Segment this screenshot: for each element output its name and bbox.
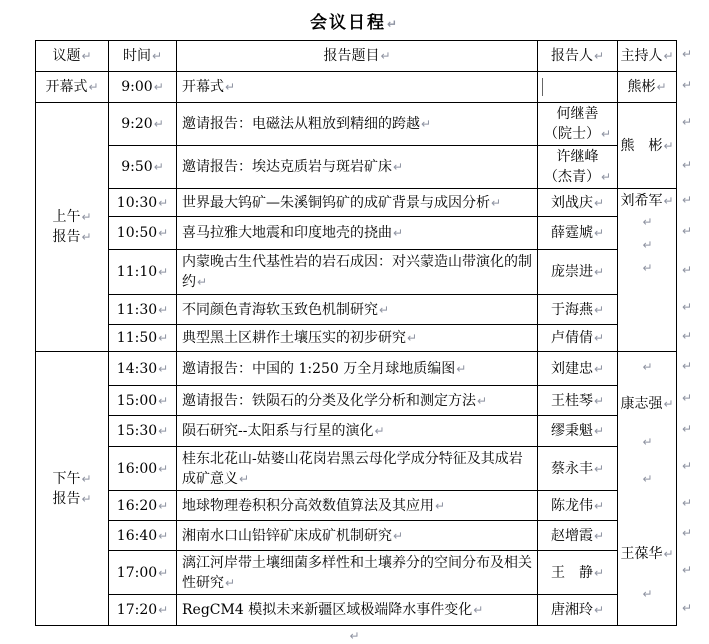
paragraph-mark: ↵ [642, 587, 652, 601]
paragraph-mark: ↵ [642, 360, 652, 374]
paragraph-mark: ↵ [158, 566, 168, 580]
row-end-mark: ↵ [682, 496, 692, 510]
row-end-mark: ↵ [682, 115, 692, 129]
cell-presenter-empty[interactable] [538, 72, 618, 103]
paragraph-mark: ↵ [158, 499, 168, 513]
table-row: 11:50↵ 典型黑土区耕作土壤压实的初步研究↵ 卢倩倩↵ [36, 325, 677, 352]
paragraph-mark: ↵ [456, 362, 466, 376]
row-end-mark: ↵ [682, 391, 692, 405]
row-end-mark: ↵ [682, 158, 692, 172]
cell-presenter[interactable]: 许继峰 （杰青）↵ [538, 146, 618, 189]
cell-title[interactable]: 陨石研究--太阳系与行星的演化↵ [177, 416, 538, 447]
cell-presenter[interactable]: 薛霆虓↵ [538, 217, 618, 250]
paragraph-mark: ↵ [594, 226, 604, 240]
paragraph-mark: ↵ [407, 331, 417, 345]
cell-presenter[interactable]: 蔡永丰↵ [538, 447, 618, 491]
paragraph-mark: ↵ [642, 261, 652, 275]
cell-title[interactable]: 地球物理卷积积分高效数值算法及其应用↵ [177, 491, 538, 521]
cell-topic-afternoon[interactable]: 下午↵ 报告↵ [36, 352, 109, 626]
paragraph-mark: ↵ [642, 238, 652, 252]
table-row: 16:40↵ 湘南水口山铅锌矿床成矿机制研究↵ 赵增霞↵ [36, 521, 677, 551]
row-end-mark: ↵ [682, 422, 692, 436]
cell-time[interactable]: 17:00↵ [109, 551, 177, 595]
paragraph-mark: ↵ [473, 603, 483, 617]
cell-time[interactable]: 11:30↵ [109, 295, 177, 325]
cell-presenter[interactable]: 赵增霞↵ [538, 521, 618, 551]
paragraph-mark: ↵ [374, 424, 384, 438]
paragraph-mark: ↵ [393, 226, 403, 240]
paragraph-mark: ↵ [656, 80, 666, 94]
cell-time[interactable]: 15:00↵ [109, 386, 177, 416]
paragraph-mark: ↵ [154, 160, 164, 174]
col-header-presenter[interactable]: 报告人↵ [538, 41, 618, 72]
table-row: 上午↵ 报告↵ 9:20↵ 邀请报告：电磁法从粗放到精细的跨越↵ 何继善 （院士… [36, 103, 677, 146]
row-end-mark: ↵ [682, 300, 692, 314]
paragraph-mark: ↵ [158, 394, 168, 408]
cell-title[interactable]: 开幕式↵ [177, 72, 538, 103]
paragraph-mark: ↵ [158, 196, 168, 210]
row-end-mark: ↵ [682, 526, 692, 540]
paragraph-mark: ↵ [158, 265, 168, 279]
empty-paragraph: ↵ [618, 357, 676, 377]
row-end-mark: ↵ [682, 601, 692, 615]
cell-title[interactable]: 邀请报告：埃达克质岩与斑岩矿床↵ [177, 146, 538, 189]
empty-paragraph: ↵ [618, 432, 676, 452]
cell-time[interactable]: 16:40↵ [109, 521, 177, 551]
cell-time[interactable]: 9:50↵ [109, 146, 177, 189]
cell-presenter[interactable]: 于海燕↵ [538, 295, 618, 325]
schedule-table: 议题↵ 时间↵ 报告题目↵ 报告人↵ 主持人↵ 开幕式↵ 9:00↵ 开幕式↵ … [35, 40, 677, 626]
table-row: 16:20↵ 地球物理卷积积分高效数值算法及其应用↵ 陈龙伟↵ [36, 491, 677, 521]
cell-presenter[interactable]: 刘建忠↵ [538, 352, 618, 386]
table-row: 17:20↵ RegCM4 模拟未来新疆区域极端降水事件变化↵ 唐湘玲↵ [36, 595, 677, 626]
paragraph-mark: ↵ [594, 362, 604, 376]
paragraph-mark: ↵ [81, 492, 91, 506]
cell-time[interactable]: 16:20↵ [109, 491, 177, 521]
row-end-mark: ↵ [682, 359, 692, 373]
paragraph-mark: ↵ [601, 127, 611, 141]
cell-title[interactable]: 邀请报告：铁陨石的分类及化学分析和测定方法↵ [177, 386, 538, 416]
cell-title[interactable]: 桂东北花山-姑婆山花岗岩黑云母化学成分特征及其成岩成矿意义↵ [177, 447, 538, 491]
cell-title[interactable]: 不同颜色青海软玉致色机制研究↵ [177, 295, 538, 325]
paragraph-mark: ↵ [158, 331, 168, 345]
paragraph-mark: ↵ [349, 629, 359, 643]
cell-topic-morning[interactable]: 上午↵ 报告↵ [36, 103, 109, 352]
paragraph-mark: ↵ [158, 424, 168, 438]
paragraph-mark: ↵ [239, 472, 249, 486]
cell-time[interactable]: 17:20↵ [109, 595, 177, 626]
paragraph-mark: ↵ [594, 499, 604, 513]
row-end-mark: ↵ [682, 224, 692, 238]
col-header-host[interactable]: 主持人↵ [618, 41, 677, 72]
paragraph-mark: ↵ [594, 303, 604, 317]
paragraph-mark: ↵ [421, 117, 431, 131]
cell-time[interactable]: 15:30↵ [109, 416, 177, 447]
paragraph-mark: ↵ [594, 265, 604, 279]
table-row: 15:30↵ 陨石研究--太阳系与行星的演化↵ 缪秉魁↵ [36, 416, 677, 447]
cell-time[interactable]: 9:00↵ [109, 72, 177, 103]
paragraph-mark: ↵ [594, 424, 604, 438]
paragraph-mark: ↵ [158, 603, 168, 617]
paragraph-mark: ↵ [594, 196, 604, 210]
cell-presenter[interactable]: 何继善 （院士）↵ [538, 103, 618, 146]
table-row: 下午↵ 报告↵ 14:30↵ 邀请报告：中国的 1:250 万全月球地质编图↵ … [36, 352, 677, 386]
page-title-text: 会议日程↵ [310, 13, 399, 33]
cell-title[interactable]: RegCM4 模拟未来新疆区域极端降水事件变化↵ [177, 595, 538, 626]
cell-presenter[interactable]: 刘战庆↵ [538, 189, 618, 217]
paragraph-mark: ↵ [594, 462, 604, 476]
paragraph-mark: ↵ [663, 194, 673, 208]
table-row: 10:50↵ 喜马拉雅大地震和印度地壳的挠曲↵ 薛霆虓↵ [36, 217, 677, 250]
paragraph-mark: ↵ [491, 196, 501, 210]
cell-host-afternoon[interactable]: ↵ 康志强↵ ↵ ↵ 王葆华↵ ↵ [618, 352, 677, 626]
paragraph-mark: ↵ [158, 529, 168, 543]
table-row: 15:00↵ 邀请报告：铁陨石的分类及化学分析和测定方法↵ 王桂琴↵ [36, 386, 677, 416]
cell-time[interactable]: 11:50↵ [109, 325, 177, 352]
table-row: 17:00↵ 漓江河岸带土壤细菌多样性和土壤养分的空间分布及相关性研究↵ 王 静… [36, 551, 677, 595]
table-row: 开幕式↵ 9:00↵ 开幕式↵ 熊彬↵ [36, 72, 677, 103]
paragraph-mark: ↵ [225, 576, 235, 590]
paragraph-mark: ↵ [393, 529, 403, 543]
paragraph-mark: ↵ [663, 397, 673, 411]
paragraph-mark: ↵ [601, 170, 611, 184]
empty-paragraph: ↵ [618, 584, 676, 604]
paragraph-mark: ↵ [154, 80, 164, 94]
row-end-mark: ↵ [682, 329, 692, 343]
paragraph-mark: ↵ [158, 303, 168, 317]
paragraph-mark: ↵ [663, 547, 673, 561]
paragraph-mark: ↵ [158, 226, 168, 240]
paragraph-mark: ↵ [154, 117, 164, 131]
paragraph-mark: ↵ [594, 331, 604, 345]
table-row: 11:30↵ 不同颜色青海软玉致色机制研究↵ 于海燕↵ [36, 295, 677, 325]
paragraph-mark: ↵ [594, 566, 604, 580]
paragraph-mark: ↵ [642, 435, 652, 449]
paragraph-mark: ↵ [435, 499, 445, 513]
cell-presenter[interactable]: 王桂琴↵ [538, 386, 618, 416]
col-header-topic[interactable]: 议题↵ [36, 41, 109, 72]
paragraph-mark: ↵ [81, 230, 91, 244]
cell-time[interactable]: 16:00↵ [109, 447, 177, 491]
table-row: 11:10↵ 内蒙晚古生代基性岩的岩石成因：对兴蒙造山带演化的制约↵ 庞崇进↵ [36, 250, 677, 295]
paragraph-mark: ↵ [197, 275, 207, 289]
paragraph-mark: ↵ [81, 210, 91, 224]
col-header-title[interactable]: 报告题目↵ [177, 41, 538, 72]
page-title: 会议日程↵ [0, 8, 709, 33]
schedule-table-wrap: 议题↵ 时间↵ 报告题目↵ 报告人↵ 主持人↵ 开幕式↵ 9:00↵ 开幕式↵ … [35, 40, 676, 626]
paragraph-mark: ↵ [380, 49, 390, 63]
row-end-mark: ↵ [682, 563, 692, 577]
paragraph-mark: ↵ [663, 49, 673, 63]
row-end-mark: ↵ [682, 78, 692, 92]
row-end-mark: ↵ [682, 459, 692, 473]
paragraph-mark: ↵ [81, 472, 91, 486]
row-end-marks-gutter: ↵↵↵↵↵↵↵↵↵↵↵↵↵↵↵↵↵ [682, 40, 702, 622]
cell-time[interactable]: 10:30↵ [109, 189, 177, 217]
paragraph-mark: ↵ [387, 17, 399, 31]
header-row: 议题↵ 时间↵ 报告题目↵ 报告人↵ 主持人↵ [36, 41, 677, 72]
table-row: 10:30↵ 世界最大钨矿—朱溪铜钨矿的成矿背景与成因分析↵ 刘战庆↵ 刘希军↵… [36, 189, 677, 217]
empty-paragraph: ↵ [620, 257, 674, 280]
paragraph-mark: ↵ [158, 462, 168, 476]
col-header-time[interactable]: 时间↵ [109, 41, 177, 72]
cell-presenter[interactable]: 唐湘玲↵ [538, 595, 618, 626]
table-row: 9:50↵ 邀请报告：埃达克质岩与斑岩矿床↵ 许继峰 （杰青）↵ [36, 146, 677, 189]
cell-time[interactable]: 11:10↵ [109, 250, 177, 295]
cell-host-morning-1[interactable]: 熊 彬↵ [618, 103, 677, 189]
cell-host-morning-2[interactable]: 刘希军↵ ↵ ↵ ↵ [618, 189, 677, 352]
paragraph-mark: ↵ [477, 394, 487, 408]
cell-title[interactable]: 喜马拉雅大地震和印度地壳的挠曲↵ [177, 217, 538, 250]
cell-presenter[interactable]: 陈龙伟↵ [538, 491, 618, 521]
row-end-mark: ↵ [682, 47, 692, 61]
cell-presenter[interactable]: 庞崇进↵ [538, 250, 618, 295]
row-end-mark: ↵ [682, 263, 692, 277]
row-end-mark: ↵ [682, 193, 692, 207]
empty-paragraph: ↵ [620, 211, 674, 234]
paragraph-mark: ↵ [663, 139, 673, 153]
cell-title[interactable]: 世界最大钨矿—朱溪铜钨矿的成矿背景与成因分析↵ [177, 189, 538, 217]
empty-paragraph: ↵ [620, 234, 674, 257]
empty-paragraph: ↵ [618, 469, 676, 489]
cell-title[interactable]: 邀请报告：中国的 1:250 万全月球地质编图↵ [177, 352, 538, 386]
text-cursor [542, 78, 543, 96]
cell-title[interactable]: 内蒙晚古生代基性岩的岩石成因：对兴蒙造山带演化的制约↵ [177, 250, 538, 295]
cell-title[interactable]: 典型黑土区耕作土壤压实的初步研究↵ [177, 325, 538, 352]
paragraph-mark: ↵ [642, 215, 652, 229]
paragraph-mark: ↵ [152, 49, 162, 63]
paragraph-mark: ↵ [594, 394, 604, 408]
paragraph-mark: ↵ [158, 362, 168, 376]
paragraph-mark: ↵ [88, 80, 98, 94]
cell-title[interactable]: 邀请报告：电磁法从粗放到精细的跨越↵ [177, 103, 538, 146]
paragraph-mark: ↵ [594, 603, 604, 617]
table-row: 16:00↵ 桂东北花山-姑婆山花岗岩黑云母化学成分特征及其成岩成矿意义↵ 蔡永… [36, 447, 677, 491]
cell-presenter[interactable]: 王 静↵ [538, 551, 618, 595]
paragraph-mark: ↵ [642, 472, 652, 486]
paragraph-mark: ↵ [594, 49, 604, 63]
cell-time[interactable]: 14:30↵ [109, 352, 177, 386]
cell-presenter[interactable]: 缪秉魁↵ [538, 416, 618, 447]
paragraph-mark: ↵ [379, 303, 389, 317]
cell-host[interactable]: 熊彬↵ [618, 72, 677, 103]
paragraph-mark: ↵ [225, 80, 235, 94]
cell-time[interactable]: 10:50↵ [109, 217, 177, 250]
document-end-mark: ↵ [0, 625, 709, 644]
cell-presenter[interactable]: 卢倩倩↵ [538, 325, 618, 352]
paragraph-mark: ↵ [594, 529, 604, 543]
paragraph-mark: ↵ [393, 160, 403, 174]
paragraph-mark: ↵ [81, 49, 91, 63]
cell-title[interactable]: 漓江河岸带土壤细菌多样性和土壤养分的空间分布及相关性研究↵ [177, 551, 538, 595]
cell-title[interactable]: 湘南水口山铅锌矿床成矿机制研究↵ [177, 521, 538, 551]
cell-topic-opening[interactable]: 开幕式↵ [36, 72, 109, 103]
cell-time[interactable]: 9:20↵ [109, 103, 177, 146]
